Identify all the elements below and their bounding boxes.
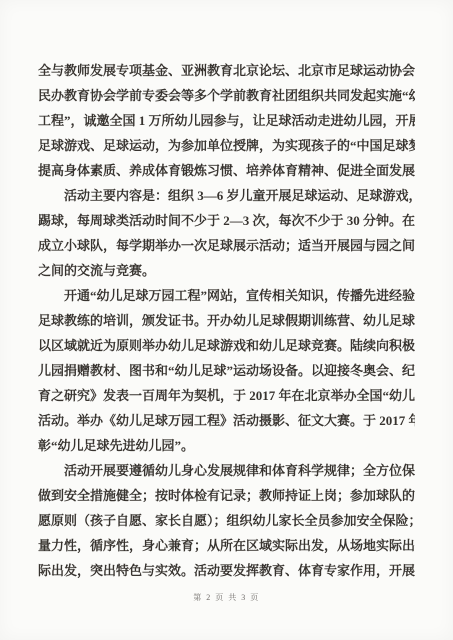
paragraph: 活动主要内容是：组织 3—6 岁儿童开展足球运动、足球游戏，玩球、爱球、踢球，每… [38, 183, 415, 283]
paragraph: 全与教师发展专项基金、亚洲教育北京论坛、北京市足球运动协会，联合各省市民办教育协… [38, 58, 415, 183]
text-line: 做到安全措施健全；按时体检有记录；教师持证上岗；参加球队的孩子坚持两自 [38, 483, 415, 508]
text-line: 足球教练的培训，颁发证书。开办幼儿足球假期训练营、幼儿足球嘉年华活动。 [38, 308, 415, 333]
document-body: 全与教师发展专项基金、亚洲教育北京论坛、北京市足球运动协会，联合各省市民办教育协… [38, 58, 415, 583]
text-line: 开通“幼儿足球万园工程”网站，宣传相关知识，传播先进经验。组织小 [38, 283, 415, 308]
text-line: 民办教育协会学前专委会等多个学前教育社团组织共同发起实施“幼儿足球万园 [38, 83, 415, 108]
text-line: 育之研究》发表一百周年为契机，于 2017 年在北京举办全国“幼儿足球”表演 [38, 383, 415, 408]
text-line: 际出发，突出特色与实效。活动要发挥教育、体育专家作用，开展儿童体育与健 [38, 558, 415, 583]
document-page: 全与教师发展专项基金、亚洲教育北京论坛、北京市足球运动协会，联合各省市民办教育协… [0, 0, 453, 640]
text-line: 愿原则（孩子自愿、家长自愿）；组织幼儿家长全员参加安全保险；突出趣味性， [38, 508, 415, 533]
text-line: 全与教师发展专项基金、亚洲教育北京论坛、北京市足球运动协会，联合各省市 [38, 58, 415, 83]
text-line: 儿园捐赠教材、图书和“幼儿足球”运动场设备。以迎接冬奥会、纪念毛泽东《体 [38, 358, 415, 383]
text-line: 以区域就近为原则举办幼儿足球游戏和幼儿足球竞赛。陆续向积极参加活动的幼 [38, 333, 415, 358]
paragraph: 活动开展要遵循幼儿身心发展规律和体育科学规律；全方位保证儿童安全；做到安全措施健… [38, 458, 415, 583]
text-line: 足球游戏、足球运动，为参加单位授牌，为实现孩子的“中国足球梦”奠定基础， [38, 133, 415, 158]
text-line: 量力性，循序性，身心兼育；从所在区域实际出发，从场地实际出发，从教师实 [38, 533, 415, 558]
text-line: 彰“幼儿足球先进幼儿园”。 [38, 433, 415, 458]
page-footer: 第 2 页 共 3 页 [0, 592, 453, 603]
text-line: 活动主要内容是：组织 3—6 岁儿童开展足球运动、足球游戏，玩球、爱球、 [38, 183, 415, 208]
text-line: 工程”，诚邀全国 1 万所幼儿园参与，让足球活动走进幼儿园，开展多种多样的 [38, 108, 415, 133]
text-line: 活动。举办《幼儿足球万园工程》活动摄影、征文大赛。于 2017 年 6 月联合表 [38, 408, 415, 433]
text-line: 活动开展要遵循幼儿身心发展规律和体育科学规律；全方位保证儿童安全； [38, 458, 415, 483]
text-line: 之间的交流与竞赛。 [38, 258, 415, 283]
text-line: 踢球，每周球类活动时间不少于 2—3 次，每次不少于 30 分钟。在普及的基础上 [38, 208, 415, 233]
page-number-label: 第 2 页 共 3 页 [193, 593, 260, 602]
text-line: 成立小球队，每学期举办一次足球展示活动；适当开展园与园之间，地区与地区 [38, 233, 415, 258]
text-line: 提高身体素质、养成体育锻炼习惯、培养体育精神、促进全面发展。 [38, 158, 415, 183]
paragraph: 开通“幼儿足球万园工程”网站，宣传相关知识，传播先进经验。组织小足球教练的培训，… [38, 283, 415, 458]
